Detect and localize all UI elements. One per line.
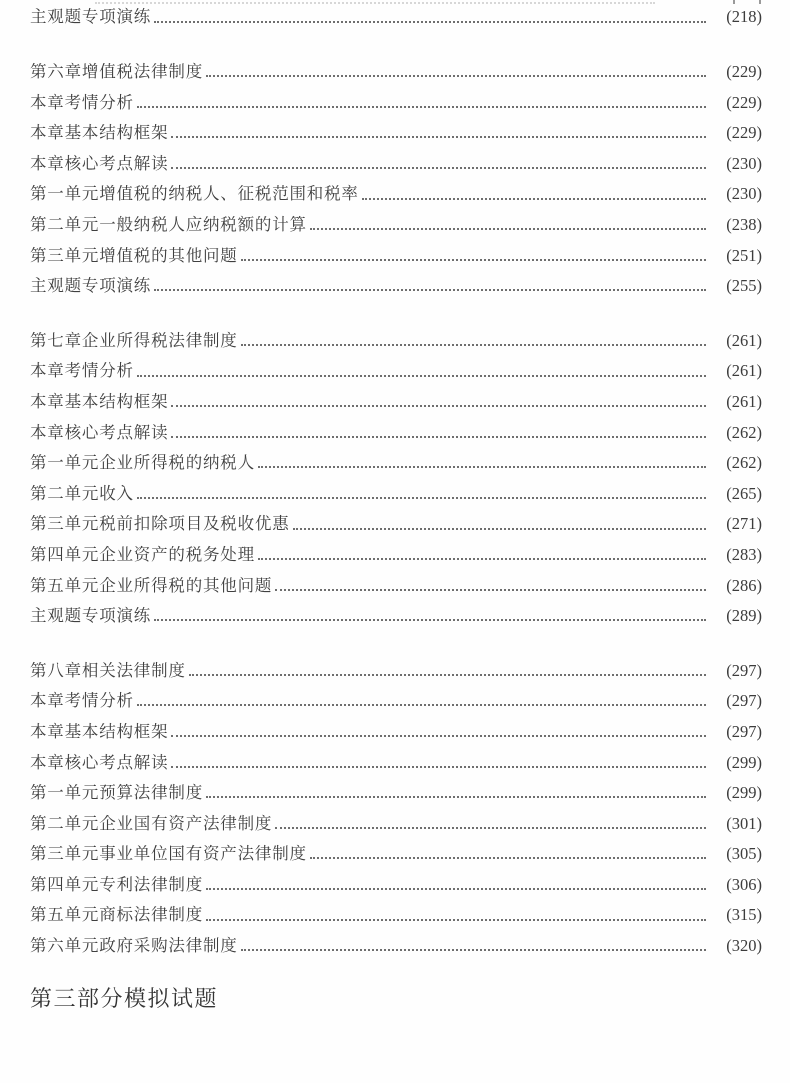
- toc-group: 第六章增值税法律制度 (229) 本章考情分析 (229) 本章基本结构框架 (…: [30, 55, 762, 300]
- toc-entry-page: (230): [714, 185, 762, 203]
- dot-leader: [293, 528, 707, 530]
- dot-leader: [171, 766, 706, 768]
- dot-leader: [137, 497, 706, 499]
- toc-entry: 第一单元预算法律制度 (299): [30, 776, 762, 807]
- dot-leader: [137, 375, 706, 377]
- toc-entry: 第二单元一般纳税人应纳税额的计算 (238): [30, 208, 762, 239]
- toc-entry-title: 第八章相关法律制度: [30, 662, 186, 680]
- dot-leader: [154, 289, 706, 291]
- toc-entry-title: 第二单元企业国有资产法律制度: [30, 815, 272, 833]
- toc-entry: 第八章相关法律制度 (297): [30, 653, 762, 684]
- toc-entry: 主观题专项演练 (255): [30, 269, 762, 300]
- toc-entry-page: (261): [714, 362, 762, 380]
- dot-leader: [241, 344, 706, 346]
- toc-entry-title: 本章基本结构框架: [30, 723, 168, 741]
- toc-entry-title: 第六单元政府采购法律制度: [30, 937, 238, 955]
- toc-entry-page: (320): [714, 937, 762, 955]
- toc-entry-title: 本章基本结构框架: [30, 124, 168, 142]
- toc-entry-title: 本章核心考点解读: [30, 424, 168, 442]
- toc-group: 第七章企业所得税法律制度 (261) 本章考情分析 (261) 本章基本结构框架…: [30, 323, 762, 629]
- dot-leader: [206, 919, 706, 921]
- dot-leader: [171, 436, 706, 438]
- dot-leader: [275, 589, 706, 591]
- toc-entry-page: (301): [714, 815, 762, 833]
- toc-entry-page: (255): [714, 277, 762, 295]
- toc-entry-page: (262): [714, 454, 762, 472]
- toc-entry: 本章考情分析 (297): [30, 684, 762, 715]
- toc-entry-title: 第七章企业所得税法律制度: [30, 332, 238, 350]
- dot-leader: [310, 228, 706, 230]
- toc-entry-title: 本章考情分析: [30, 692, 134, 710]
- dot-leader: [171, 735, 706, 737]
- toc-entry-page: (297): [714, 692, 762, 710]
- toc-entry: 第五单元商标法律制度 (315): [30, 898, 762, 929]
- dot-leader: [206, 796, 706, 798]
- toc-entry-page: (261): [714, 332, 762, 350]
- toc-entry-title: 第三单元增值税的其他问题: [30, 247, 238, 265]
- toc-entry: 本章基本结构框架 (297): [30, 714, 762, 745]
- toc-entry-title: 第一单元预算法律制度: [30, 784, 203, 802]
- toc-entry-page: (297): [714, 662, 762, 680]
- toc-entry-title: 第二单元收入: [30, 485, 134, 503]
- toc-entry-page: (229): [714, 94, 762, 112]
- toc-entry: 主观题专项演练 (218): [30, 0, 762, 31]
- toc-entry-title: 第三单元事业单位国有资产法律制度: [30, 845, 307, 863]
- toc-entry-page: (261): [714, 393, 762, 411]
- toc-entry-title: 第四单元企业资产的税务处理: [30, 546, 255, 564]
- toc-entry: 第四单元专利法律制度 (306): [30, 867, 762, 898]
- toc-entry: 本章基本结构框架 (229): [30, 116, 762, 147]
- toc-list: 主观题专项演练 (218) 第六章增值税法律制度 (229) 本章考情分析 (2…: [30, 0, 762, 959]
- toc-entry-page: (289): [714, 607, 762, 625]
- toc-entry-title: 主观题专项演练: [30, 607, 151, 625]
- dot-leader: [154, 619, 706, 621]
- toc-entry-title: 主观题专项演练: [30, 8, 151, 26]
- toc-entry-title: 本章核心考点解读: [30, 155, 168, 173]
- toc-entry: 本章基本结构框架 (261): [30, 385, 762, 416]
- toc-entry-page: (265): [714, 485, 762, 503]
- dot-leader: [362, 198, 706, 200]
- dot-leader: [171, 167, 706, 169]
- toc-entry-page: (299): [714, 784, 762, 802]
- dot-leader: [206, 888, 706, 890]
- dot-leader: [171, 405, 706, 407]
- toc-entry-title: 第一单元增值税的纳税人、征税范围和税率: [30, 185, 359, 203]
- toc-entry-page: (297): [714, 723, 762, 741]
- dot-leader: [189, 674, 706, 676]
- toc-entry: 本章核心考点解读 (262): [30, 415, 762, 446]
- dot-leader: [241, 259, 706, 261]
- toc-entry-page: (229): [714, 63, 762, 81]
- dot-leader: [154, 21, 706, 23]
- toc-entry-title: 第五单元商标法律制度: [30, 906, 203, 924]
- toc-entry-title: 第二单元一般纳税人应纳税额的计算: [30, 216, 307, 234]
- toc-entry: 本章考情分析 (261): [30, 354, 762, 385]
- toc-entry: 第三单元事业单位国有资产法律制度 (305): [30, 837, 762, 868]
- toc-entry-title: 本章核心考点解读: [30, 754, 168, 772]
- toc-group: 第八章相关法律制度 (297) 本章考情分析 (297) 本章基本结构框架 (2…: [30, 653, 762, 959]
- dot-leader: [171, 136, 706, 138]
- toc-entry: 本章核心考点解读 (230): [30, 146, 762, 177]
- toc-entry: 本章核心考点解读 (299): [30, 745, 762, 776]
- toc-entry-title: 第一单元企业所得税的纳税人: [30, 454, 255, 472]
- dot-leader: [137, 704, 706, 706]
- toc-entry: 第七章企业所得税法律制度 (261): [30, 323, 762, 354]
- toc-entry-title: 第五单元企业所得税的其他问题: [30, 577, 272, 595]
- toc-entry-page: (238): [714, 216, 762, 234]
- toc-entry-title: 本章基本结构框架: [30, 393, 168, 411]
- toc-entry: 第二单元企业国有资产法律制度 (301): [30, 806, 762, 837]
- dot-leader: [137, 106, 706, 108]
- toc-entry-title: 本章考情分析: [30, 94, 134, 112]
- dot-leader: [206, 75, 706, 77]
- toc-entry-page: (218): [714, 8, 762, 26]
- toc-entry-page: (286): [714, 577, 762, 595]
- toc-entry-page: (306): [714, 876, 762, 894]
- dot-leader: [258, 466, 706, 468]
- toc-entry-page: (315): [714, 906, 762, 924]
- toc-entry: 第四单元企业资产的税务处理 (283): [30, 538, 762, 569]
- toc-entry-page: (262): [714, 424, 762, 442]
- toc-entry: 第六单元政府采购法律制度 (320): [30, 929, 762, 960]
- toc-entry-page: (229): [714, 124, 762, 142]
- toc-group: 主观题专项演练 (218): [30, 0, 762, 31]
- toc-entry: 第三单元税前扣除项目及税收优惠 (271): [30, 507, 762, 538]
- toc-entry: 第三单元增值税的其他问题 (251): [30, 238, 762, 269]
- toc-entry-page: (283): [714, 546, 762, 564]
- toc-entry: 第二单元收入 (265): [30, 476, 762, 507]
- toc-entry-page: (230): [714, 155, 762, 173]
- toc-entry: 第六章增值税法律制度 (229): [30, 55, 762, 86]
- toc-entry: 第一单元增值税的纳税人、征税范围和税率 (230): [30, 177, 762, 208]
- toc-entry-page: (305): [714, 845, 762, 863]
- toc-entry-title: 第三单元税前扣除项目及税收优惠: [30, 515, 290, 533]
- toc-entry: 第五单元企业所得税的其他问题 (286): [30, 568, 762, 599]
- toc-entry: 主观题专项演练 (289): [30, 599, 762, 630]
- toc-entry-page: (271): [714, 515, 762, 533]
- toc-entry: 本章考情分析 (229): [30, 85, 762, 116]
- toc-entry-title: 本章考情分析: [30, 362, 134, 380]
- toc-entry: 第一单元企业所得税的纳税人 (262): [30, 446, 762, 477]
- toc-entry-title: 主观题专项演练: [30, 277, 151, 295]
- part-heading: 第三部分模拟试题: [30, 982, 218, 1013]
- dot-leader: [310, 857, 706, 859]
- toc-entry-title: 第六章增值税法律制度: [30, 63, 203, 81]
- toc-page: 主观题专项演练 (218) 第六章增值税法律制度 (229) 本章考情分析 (2…: [0, 0, 790, 1083]
- toc-entry-title: 第四单元专利法律制度: [30, 876, 203, 894]
- toc-entry-page: (251): [714, 247, 762, 265]
- dot-leader: [258, 558, 706, 560]
- toc-entry-page: (299): [714, 754, 762, 772]
- dot-leader: [241, 949, 706, 951]
- dot-leader: [275, 827, 706, 829]
